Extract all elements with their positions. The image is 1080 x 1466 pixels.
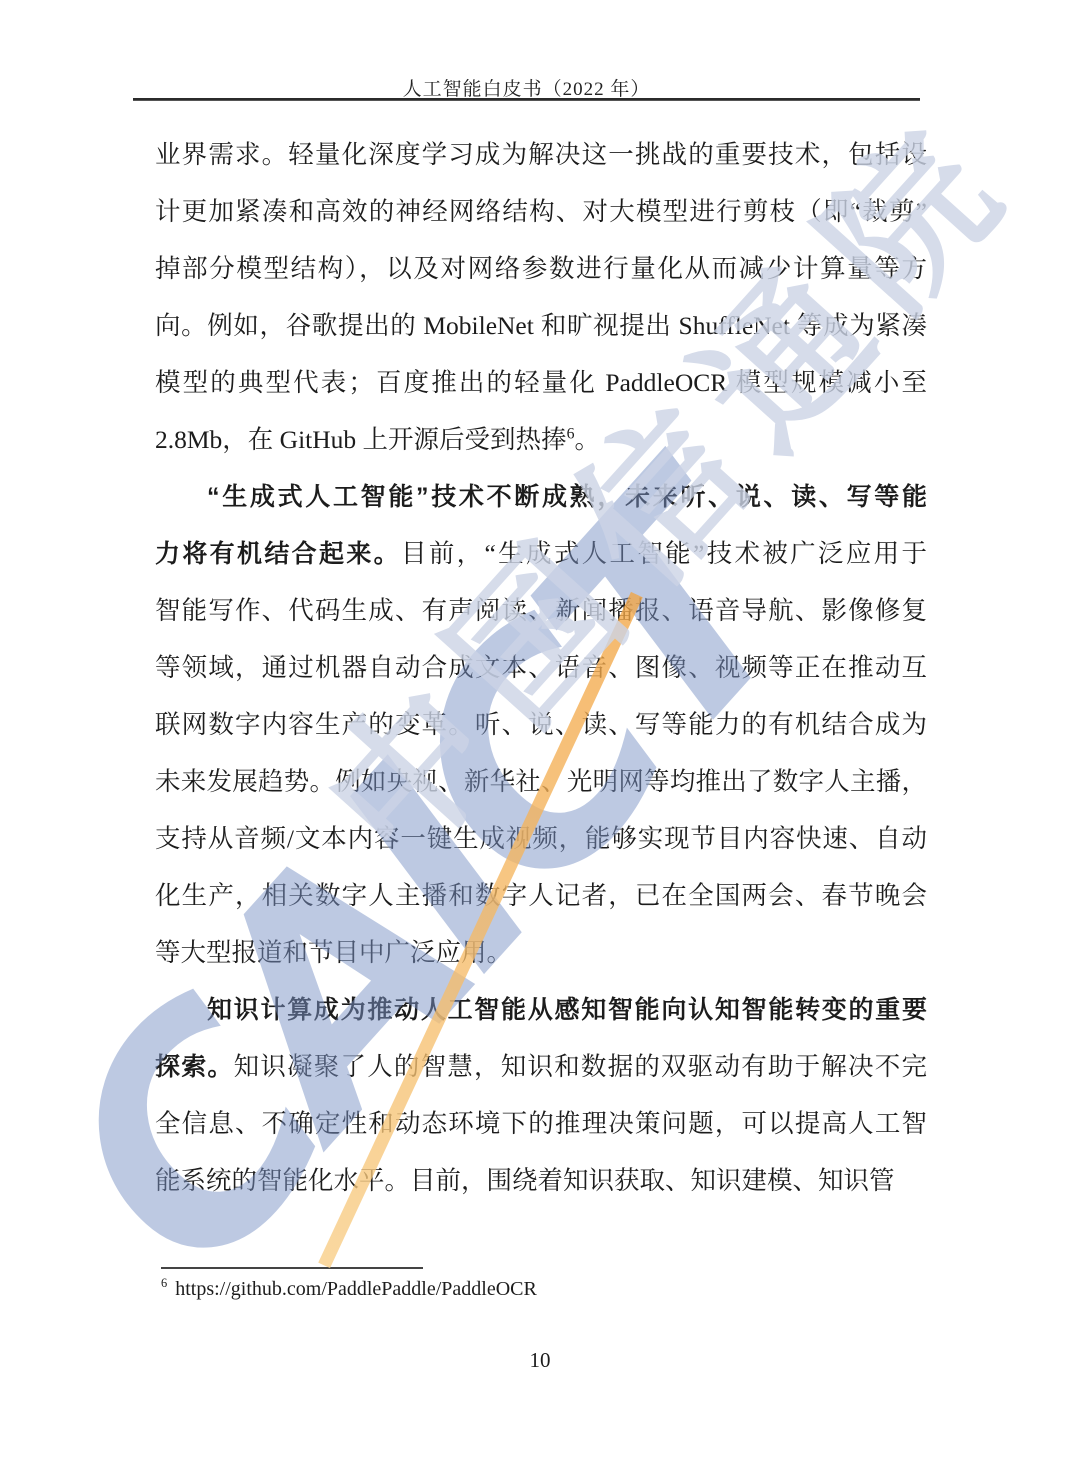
- text-line: 计更加紧凑和高效的神经网络结构、对大模型进行剪枝（即“裁剪”: [155, 183, 927, 240]
- footnote: 6https://github.com/PaddlePaddle/PaddleO…: [161, 1278, 921, 1301]
- text-segment: 未来发展趋势。例如央视、新华社、光明网等均推出了数字人主播，: [155, 767, 927, 796]
- text-line: 力将有机结合起来。目前，“生成式人工智能”技术被广泛应用于: [155, 525, 927, 582]
- text-segment: 。: [574, 425, 600, 454]
- text-segment: 向。例如，谷歌提出的 MobileNet 和旷视提出 ShuffleNet 等成…: [155, 311, 927, 340]
- text-segment: 能系统的智能化水平。目前，围绕着知识获取、知识建模、知识管: [155, 1166, 895, 1195]
- footnote-rule: [161, 1267, 423, 1269]
- text-line: 等大型报道和节目中广泛应用。: [155, 924, 927, 981]
- text-segment: 目前，“生成式人工智能”技术被广泛应用于: [401, 539, 927, 568]
- text-line: 掉部分模型结构），以及对网络参数进行量化从而减少计算量等方: [155, 240, 927, 297]
- text-segment: 等大型报道和节目中广泛应用。: [155, 938, 512, 967]
- text-line: “生成式人工智能”技术不断成熟，未来听、说、读、写等能: [155, 468, 927, 525]
- text-segment: 联网数字内容生产的变革。听、说、读、写等能力的有机结合成为: [155, 710, 927, 739]
- text-line: 全信息、不确定性和动态环境下的推理决策问题，可以提高人工智: [155, 1095, 927, 1152]
- text-segment: 等领域，通过机器自动合成文本、语音、图像、视频等正在推动互: [155, 653, 927, 682]
- bold-text-segment: “生成式人工智能”技术不断成熟，未来听、说、读、写等能: [207, 483, 927, 511]
- text-line: 业界需求。轻量化深度学习成为解决这一挑战的重要技术，包括设: [155, 126, 927, 183]
- text-segment: 支持从音频/文本内容一键生成视频，能够实现节目内容快速、自动: [155, 824, 927, 853]
- text-segment: 业界需求。轻量化深度学习成为解决这一挑战的重要技术，包括设: [155, 140, 927, 169]
- text-line: 模型的典型代表；百度推出的轻量化 PaddleOCR 模型规模减小至: [155, 354, 927, 411]
- text-segment: 掉部分模型结构），以及对网络参数进行量化从而减少计算量等方: [155, 254, 927, 283]
- text-segment: 2.8Mb，在 GitHub 上开源后受到热捧: [155, 425, 567, 454]
- text-line: 化生产，相关数字人主播和数字人记者，已在全国两会、春节晚会: [155, 867, 927, 924]
- bold-text-segment: 力将有机结合起来。: [155, 540, 401, 568]
- bold-text-segment: 知识计算成为推动人工智能从感知智能向认知智能转变的重要: [207, 996, 927, 1024]
- footnote-marker: 6: [161, 1276, 167, 1290]
- text-line: 知识计算成为推动人工智能从感知智能向认知智能转变的重要: [155, 981, 927, 1038]
- text-line: 2.8Mb，在 GitHub 上开源后受到热捧6。: [155, 411, 927, 468]
- text-segment: 智能写作、代码生成、有声阅读、新闻播报、语音导航、影像修复: [155, 596, 927, 625]
- bold-text-segment: 探索。: [155, 1053, 234, 1081]
- document-page: 人工智能白皮书（2022 年） CAICT 中国信通院 业界需求。轻量化深度学习…: [0, 0, 1080, 1466]
- text-line: 探索。知识凝聚了人的智慧，知识和数据的双驱动有助于解决不完: [155, 1038, 927, 1095]
- text-line: 等领域，通过机器自动合成文本、语音、图像、视频等正在推动互: [155, 639, 927, 696]
- text-segment: 知识凝聚了人的智慧，知识和数据的双驱动有助于解决不完: [234, 1052, 927, 1081]
- text-segment: 模型的典型代表；百度推出的轻量化 PaddleOCR 模型规模减小至: [155, 368, 927, 397]
- text-line: 联网数字内容生产的变革。听、说、读、写等能力的有机结合成为: [155, 696, 927, 753]
- header-title: 人工智能白皮书（2022 年）: [133, 74, 920, 101]
- text-line: 支持从音频/文本内容一键生成视频，能够实现节目内容快速、自动: [155, 810, 927, 867]
- text-segment: 计更加紧凑和高效的神经网络结构、对大模型进行剪枝（即“裁剪”: [155, 197, 927, 226]
- document-body: 业界需求。轻量化深度学习成为解决这一挑战的重要技术，包括设计更加紧凑和高效的神经…: [155, 126, 927, 1209]
- text-segment: 化生产，相关数字人主播和数字人记者，已在全国两会、春节晚会: [155, 881, 927, 910]
- text-segment: 全信息、不确定性和动态环境下的推理决策问题，可以提高人工智: [155, 1109, 927, 1138]
- page-number: 10: [0, 1348, 1080, 1373]
- footnote-text: https://github.com/PaddlePaddle/PaddleOC…: [175, 1278, 537, 1300]
- header-rule: [133, 98, 920, 101]
- text-line: 智能写作、代码生成、有声阅读、新闻播报、语音导航、影像修复: [155, 582, 927, 639]
- text-line: 向。例如，谷歌提出的 MobileNet 和旷视提出 ShuffleNet 等成…: [155, 297, 927, 354]
- text-line: 未来发展趋势。例如央视、新华社、光明网等均推出了数字人主播，: [155, 753, 927, 810]
- text-line: 能系统的智能化水平。目前，围绕着知识获取、知识建模、知识管: [155, 1152, 927, 1209]
